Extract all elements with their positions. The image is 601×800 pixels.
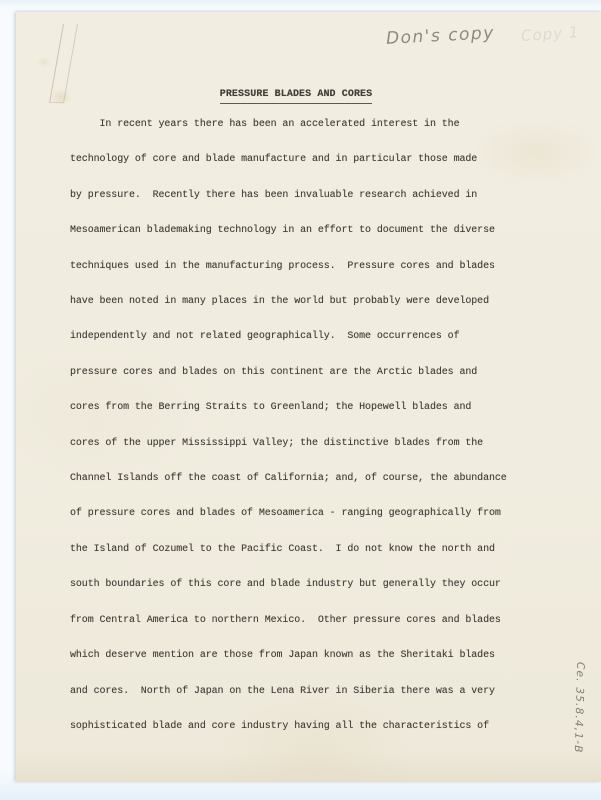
scan-background: { "document": { "title": "PRESSURE BLADE…: [0, 0, 601, 800]
text-line: techniques used in the manufacturing pro…: [70, 249, 540, 284]
text-line: the Island of Cozumel to the Pacific Coa…: [70, 532, 540, 567]
text-line: In recent years there has been an accele…: [70, 107, 540, 142]
text-line: cores of the upper Mississippi Valley; t…: [70, 426, 540, 461]
text-line: of pressure cores and blades of Mesoamer…: [70, 496, 540, 531]
title-row: PRESSURE BLADES AND CORES: [70, 83, 522, 104]
text-line: independently and not related geographic…: [70, 319, 540, 354]
text-line: cores from the Berring Straits to Greenl…: [70, 390, 540, 425]
text-line: which deserve mention are those from Jap…: [70, 638, 540, 673]
handwritten-note-dons-copy: Don's copy: [386, 23, 496, 49]
text-line: sophisticated blade and core industry ha…: [70, 709, 540, 744]
text-line: south boundaries of this core and blade …: [70, 567, 540, 602]
typewritten-body: In recent years there has been an accele…: [70, 107, 540, 744]
text-line: and cores. North of Japan on the Lena Ri…: [70, 674, 540, 709]
page-title: PRESSURE BLADES AND CORES: [220, 89, 373, 104]
text-line: by pressure. Recently there has been inv…: [70, 178, 540, 213]
catalog-number-vertical: Ce. 35.8.4,1-B: [572, 662, 586, 754]
text-line: technology of core and blade manufacture…: [70, 142, 540, 177]
text-line: Channel Islands off the coast of Califor…: [70, 461, 540, 496]
text-line: have been noted in many places in the wo…: [70, 284, 540, 319]
text-line: from Central America to northern Mexico.…: [70, 603, 540, 638]
text-line: Mesoamerican blademaking technology in a…: [70, 213, 540, 248]
handwritten-note-faint-erased: Copy 1: [520, 23, 579, 45]
text-line: pressure cores and blades on this contin…: [70, 355, 540, 390]
document-page: Don's copy Copy 1 PRESSURE BLADES AND CO…: [16, 12, 601, 782]
